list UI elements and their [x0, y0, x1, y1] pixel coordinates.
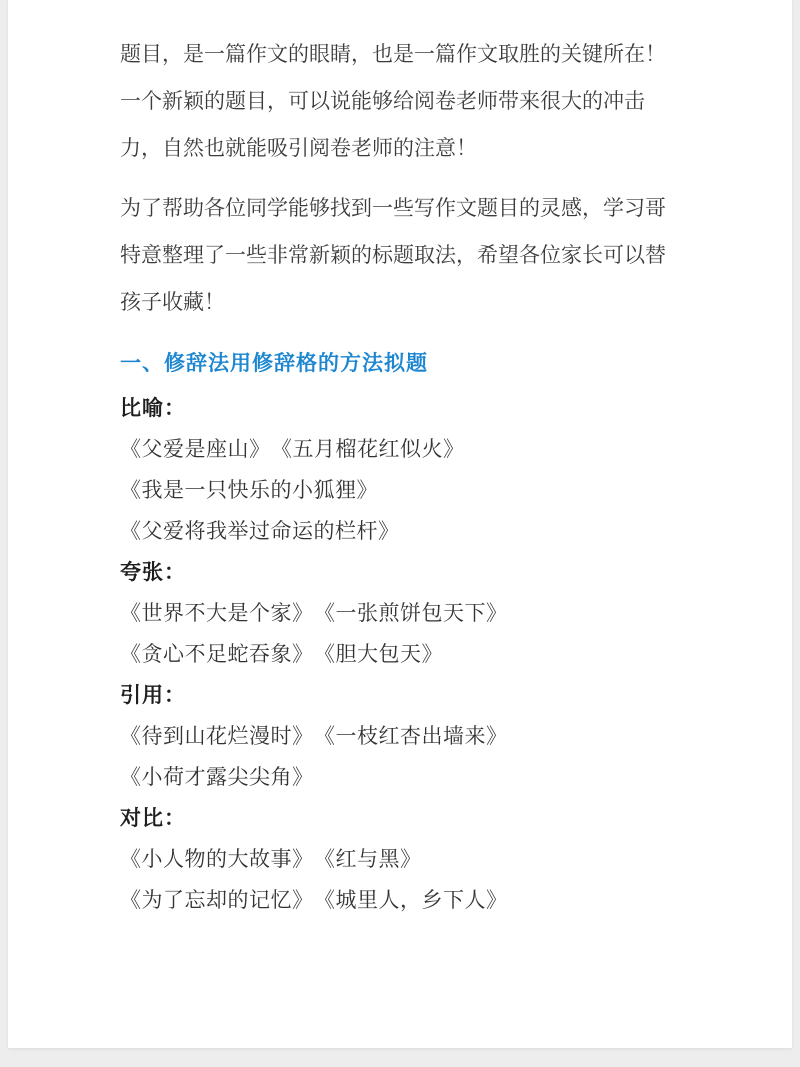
article-card: 题目，是一篇作文的眼睛，也是一篇作文取胜的关键所在！ 一个新颖的题目，可以说能够…	[8, 0, 792, 1048]
title-line: 《小人物的大故事》 《红与黑》	[120, 839, 688, 880]
title-line: 《待到山花烂漫时》 《一枝红杏出墙来》	[120, 716, 688, 757]
intro-paragraph-2: 为了帮助各位同学能够找到一些写作文题目的灵感，学习哥 特意整理了一些非常新颖的标…	[120, 185, 688, 326]
group-label: 比喻：	[120, 388, 688, 429]
title-line: 《为了忘却的记忆》 《城里人，乡下人》	[120, 880, 688, 921]
paragraph-line: 一个新颖的题目，可以说能够给阅卷老师带来很大的冲击	[120, 78, 688, 125]
group-label: 引用：	[120, 675, 688, 716]
title-line: 《小荷才露尖尖角》	[120, 757, 688, 798]
title-line: 《贪心不足蛇吞象》 《胆大包天》	[120, 634, 688, 675]
section-heading: 一、修辞法用修辞格的方法拟题	[120, 349, 688, 379]
paragraph-line: 力，自然也就能吸引阅卷老师的注意！	[120, 125, 688, 172]
title-line: 《世界不大是个家》 《一张煎饼包天下》	[120, 593, 688, 634]
paragraph-line: 特意整理了一些非常新颖的标题取法，希望各位家长可以替	[120, 232, 688, 279]
paragraph-line: 题目，是一篇作文的眼睛，也是一篇作文取胜的关键所在！	[120, 31, 688, 78]
paragraph-line: 孩子收藏！	[120, 279, 688, 326]
group-quotation: 引用： 《待到山花烂漫时》 《一枝红杏出墙来》 《小荷才露尖尖角》	[120, 675, 688, 798]
page-background: 题目，是一篇作文的眼睛，也是一篇作文取胜的关键所在！ 一个新颖的题目，可以说能够…	[0, 0, 800, 1067]
group-label: 夸张：	[120, 552, 688, 593]
intro-paragraph-1: 题目，是一篇作文的眼睛，也是一篇作文取胜的关键所在！ 一个新颖的题目，可以说能够…	[120, 31, 688, 172]
group-metaphor: 比喻： 《父爱是座山》 《五月榴花红似火》 《我是一只快乐的小狐狸》 《父爱将我…	[120, 388, 688, 552]
group-contrast: 对比： 《小人物的大故事》 《红与黑》 《为了忘却的记忆》 《城里人，乡下人》	[120, 798, 688, 921]
title-line: 《我是一只快乐的小狐狸》	[120, 470, 688, 511]
title-line: 《父爱是座山》 《五月榴花红似火》	[120, 429, 688, 470]
group-label: 对比：	[120, 798, 688, 839]
group-hyperbole: 夸张： 《世界不大是个家》 《一张煎饼包天下》 《贪心不足蛇吞象》 《胆大包天》	[120, 552, 688, 675]
paragraph-line: 为了帮助各位同学能够找到一些写作文题目的灵感，学习哥	[120, 185, 688, 232]
title-line: 《父爱将我举过命运的栏杆》	[120, 511, 688, 552]
article-content: 题目，是一篇作文的眼睛，也是一篇作文取胜的关键所在！ 一个新颖的题目，可以说能够…	[8, 0, 792, 921]
